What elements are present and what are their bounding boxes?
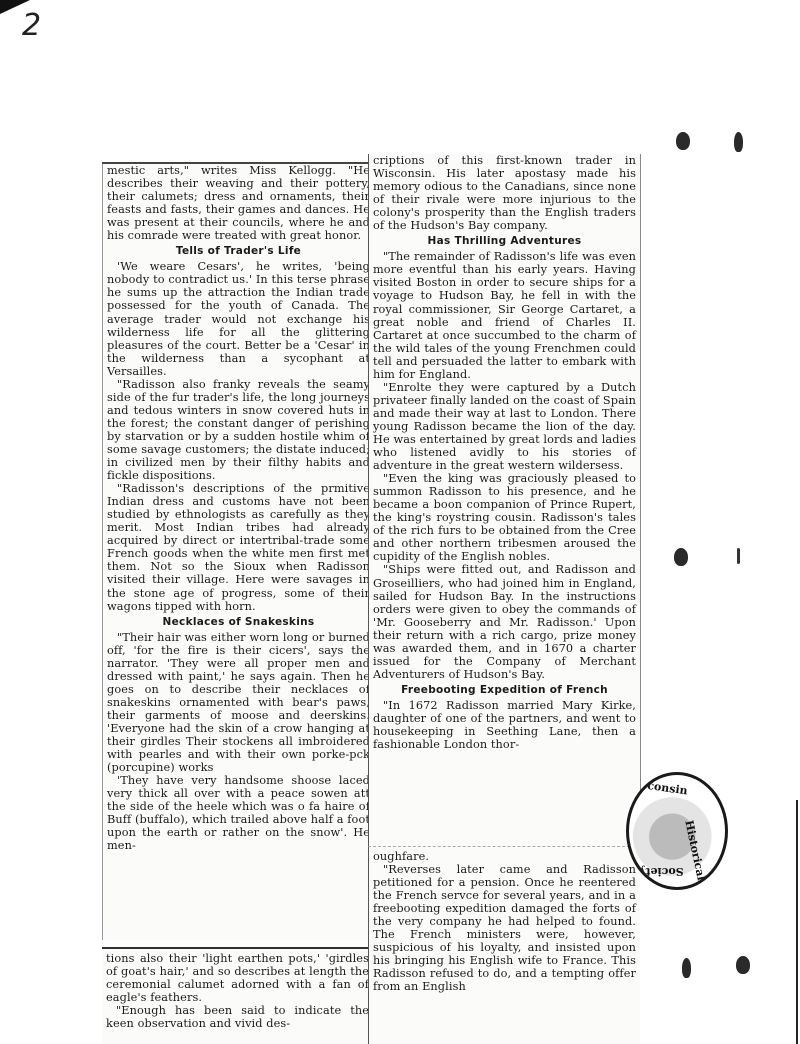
left-column-lower: tions also their 'light earthen pots,' '… (102, 947, 374, 1044)
paragraph: "Their hair was either worn long or burn… (107, 631, 370, 775)
section-heading: Has Thrilling Adventures (373, 235, 636, 248)
handwritten-page-number: 2 (22, 8, 41, 43)
right-column-upper: criptions of this first-known trader in … (368, 154, 641, 846)
paragraph: "Enough has been said to indicate the ke… (106, 1004, 369, 1030)
paragraph: "Radisson's descriptions of the prmitive… (107, 482, 370, 612)
paragraph: "In 1672 Radisson married Mary Kirke, da… (373, 699, 636, 751)
right-column-lower: oughfare."Reverses later came and Radiss… (368, 846, 640, 1044)
paragraph: "Reverses later came and Radisson petiti… (373, 863, 636, 993)
margin-ink-mark (682, 958, 691, 978)
left-column-upper: mestic arts," writes Miss Kellogg. "He d… (102, 164, 375, 940)
historical-society-stamp: isconsin Historical Society (626, 772, 728, 890)
scan-edge-line (796, 800, 798, 1044)
section-heading: Tells of Trader's Life (107, 245, 370, 258)
paragraph: mestic arts," writes Miss Kellogg. "He d… (107, 164, 370, 242)
paragraph: 'They have very handsome shoose laced ve… (107, 774, 370, 852)
section-heading: Freebooting Expedition of French (373, 684, 636, 697)
paragraph: criptions of this first-known trader in … (373, 154, 636, 232)
paragraph: "Ships were fitted out, and Radisson and… (373, 563, 636, 680)
paragraph: tions also their 'light earthen pots,' '… (106, 952, 369, 1004)
paragraph: "The remainder of Radisson's life was ev… (373, 250, 636, 380)
margin-ink-mark (736, 956, 750, 974)
paragraph: "Even the king was graciously pleased to… (373, 472, 636, 563)
margin-ink-mark (674, 548, 688, 566)
margin-ink-mark (734, 132, 743, 152)
margin-ink-mark (676, 132, 690, 150)
newspaper-clipping: mestic arts," writes Miss Kellogg. "He d… (98, 160, 630, 1044)
paragraph: oughfare. (373, 850, 636, 863)
stamp-text-bottom: Society (639, 865, 684, 878)
paragraph: 'We weare Cesars', he writes, 'being nob… (107, 260, 370, 377)
margin-ink-mark (737, 548, 740, 564)
paragraph: "Enrolte they were captured by a Dutch p… (373, 381, 636, 472)
stamp-text-right: Historical (682, 819, 707, 882)
paragraph: "Radisson also franky reveals the seamy … (107, 378, 370, 482)
stamp-text-top: isconsin (636, 778, 688, 798)
section-heading: Necklaces of Snakeskins (107, 616, 370, 629)
